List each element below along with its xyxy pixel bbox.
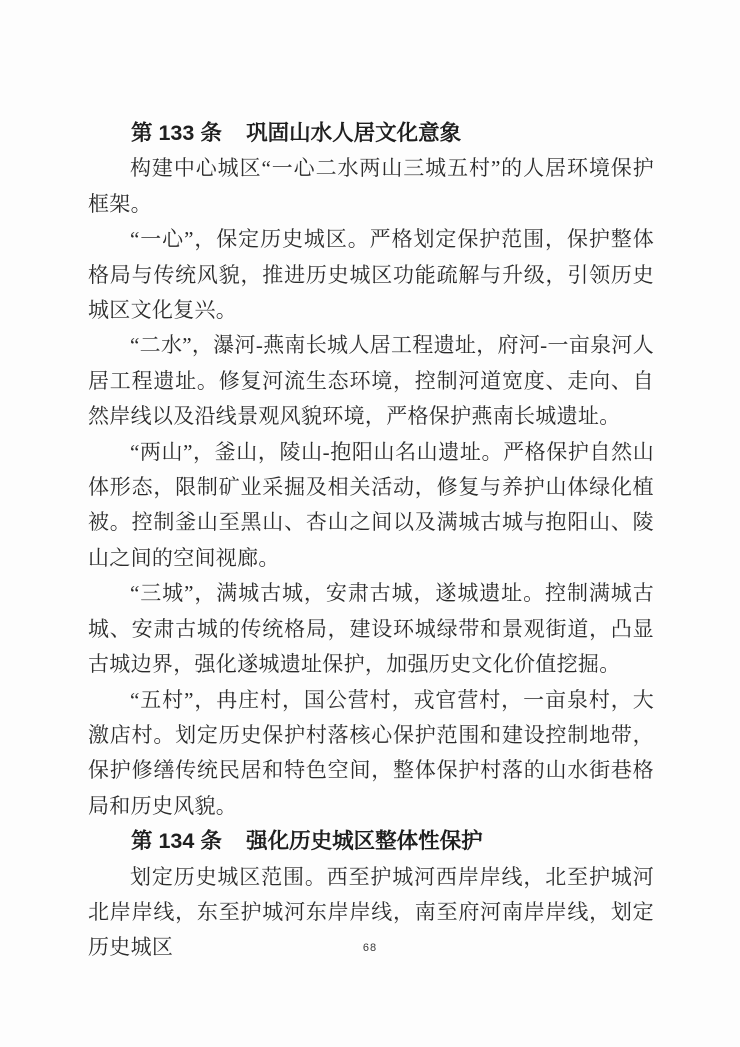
article-133-paragraph-6: “五村”，冉庄村，国公营村，戎官营村，一亩泉村，大激店村。划定历史保护村落核心保… xyxy=(88,683,654,825)
article-133-paragraph-4: “两山”，釜山，陵山-抱阳山名山遗址。严格保护自然山体形态，限制矿业采掘及相关活… xyxy=(88,435,654,577)
article-134-heading: 第 134 条 强化历史城区整体性保护 xyxy=(88,824,654,859)
article-133-paragraph-3: “二水”，瀑河-燕南长城人居工程遗址，府河-一亩泉河人居工程遗址。修复河流生态环… xyxy=(88,328,654,434)
article-134-title: 强化历史城区整体性保护 xyxy=(246,829,483,853)
article-133-paragraph-1: 构建中心城区“一心二水两山三城五村”的人居环境保护框架。 xyxy=(88,151,654,222)
page-number: 68 xyxy=(0,942,740,954)
document-page: 第 133 条 巩固山水人居文化意象 构建中心城区“一心二水两山三城五村”的人居… xyxy=(0,0,740,1047)
article-133-number: 第 133 条 xyxy=(131,121,222,145)
page-content: 第 133 条 巩固山水人居文化意象 构建中心城区“一心二水两山三城五村”的人居… xyxy=(88,116,654,966)
article-133-heading: 第 133 条 巩固山水人居文化意象 xyxy=(88,116,654,151)
article-134-number: 第 134 条 xyxy=(131,829,222,853)
article-133-paragraph-5: “三城”，满城古城，安肃古城，遂城遗址。控制满城古城、安肃古城的传统格局，建设环… xyxy=(88,576,654,682)
article-133-title: 巩固山水人居文化意象 xyxy=(246,121,461,145)
article-133-paragraph-2: “一心”，保定历史城区。严格划定保护范围，保护整体格局与传统风貌，推进历史城区功… xyxy=(88,222,654,328)
